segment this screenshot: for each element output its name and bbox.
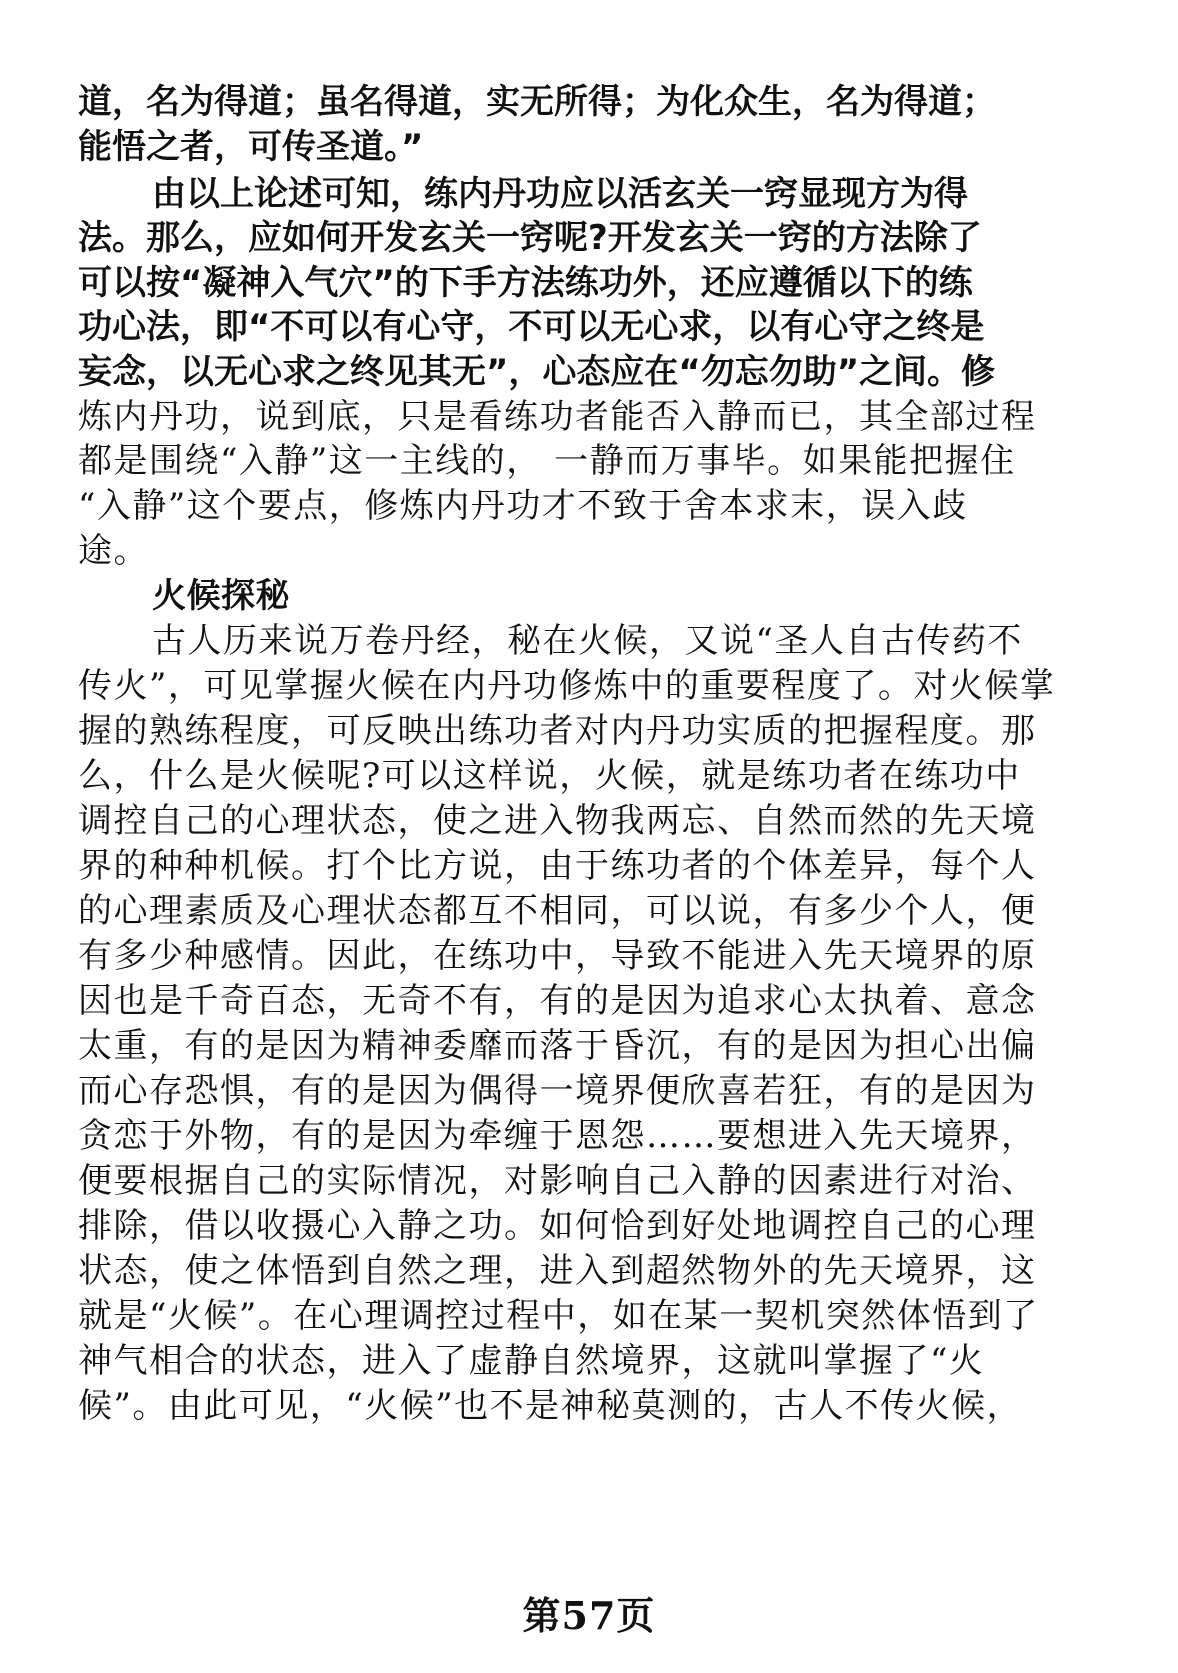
text-line: 调控自己的心理状态，使之进入物我两忘、自然而然的先天境 bbox=[78, 799, 1078, 843]
text-line: 因也是千奇百态，无奇不有，有的是因为追求心太执着、意念 bbox=[78, 979, 1078, 1023]
text-line: 而心存恐惧，有的是因为偶得一境界便欣喜若狂，有的是因为 bbox=[78, 1069, 1078, 1113]
text-line: 神气相合的状态，进入了虚静自然境界，这就叫掌握了“火 bbox=[78, 1339, 1078, 1383]
text-line: 妄念，以无心求之终见其无”，心态应在“勿忘勿助”之间。修 bbox=[78, 350, 1078, 394]
text-line: 的心理素质及心理状态都互不相同，可以说，有多少个人，便 bbox=[78, 889, 1078, 933]
section-heading: 火候探秘 bbox=[152, 574, 1152, 618]
text-line: 候”。由此可见，“火候”也不是神秘莫测的，古人不传火候， bbox=[78, 1384, 1078, 1428]
text-line: 状态，使之体悟到自然之理，进入到超然物外的先天境界，这 bbox=[78, 1249, 1078, 1293]
paragraph-start-line: 由以上论述可知，练内丹功应以活玄关一窍显现方为得 bbox=[152, 172, 1152, 216]
text-line: 排除，借以收摄心入静之功。如何恰到好处地调控自己的心理 bbox=[78, 1204, 1078, 1248]
text-line: 就是“火候”。在心理调控过程中，如在某一契机突然体悟到了 bbox=[78, 1294, 1078, 1338]
text-line: 途。 bbox=[78, 529, 1078, 573]
paragraph-start-line: 古人历来说万卷丹经，秘在火候，又说“圣人自古传药不 bbox=[152, 619, 1152, 663]
document-page: 道，名为得道；虽名得道，实无所得；为化众生，名为得道； 能悟之者，可传圣道。” … bbox=[0, 0, 1178, 1673]
text-line: “入静”这个要点，修炼内丹功才不致于舍本求末，误入歧 bbox=[78, 484, 1078, 528]
text-line: 便要根据自己的实际情况，对影响自己入静的因素进行对治、 bbox=[78, 1159, 1078, 1203]
text-line: 贪恋于外物，有的是因为牵缠于恩怨……要想进入先天境界， bbox=[78, 1114, 1078, 1158]
text-line: 都是围绕“入静”这一主线的， 一静而万事毕。如果能把握住 bbox=[78, 439, 1078, 483]
text-line: 可以按“凝神入气穴”的下手方法练功外，还应遵循以下的练 bbox=[78, 261, 1078, 305]
text-line: 功心法，即“不可以有心守，不可以无心求，以有心守之终是 bbox=[78, 305, 1078, 349]
text-line: 能悟之者，可传圣道。” bbox=[78, 125, 1078, 169]
text-line: 道，名为得道；虽名得道，实无所得；为化众生，名为得道； bbox=[78, 80, 1078, 124]
text-line: 么，什么是火候呢?可以这样说，火候，就是练功者在练功中 bbox=[78, 754, 1078, 798]
text-line: 太重，有的是因为精神委靡而落于昏沉，有的是因为担心出偏 bbox=[78, 1024, 1078, 1068]
page-number: 第57页 bbox=[0, 1585, 1178, 1640]
text-line: 界的种种机候。打个比方说，由于练功者的个体差异，每个人 bbox=[78, 844, 1078, 888]
text-line: 传火”，可见掌握火候在内丹功修炼中的重要程度了。对火候掌 bbox=[78, 664, 1078, 708]
text-line: 握的熟练程度，可反映出练功者对内丹功实质的把握程度。那 bbox=[78, 709, 1078, 753]
text-line: 有多少种感情。因此，在练功中，导致不能进入先天境界的原 bbox=[78, 934, 1078, 978]
text-line: 法。那么，应如何开发玄关一窍呢?开发玄关一窍的方法除了 bbox=[78, 216, 1078, 260]
text-line: 炼内丹功，说到底，只是看练功者能否入静而已，其全部过程 bbox=[78, 395, 1078, 439]
